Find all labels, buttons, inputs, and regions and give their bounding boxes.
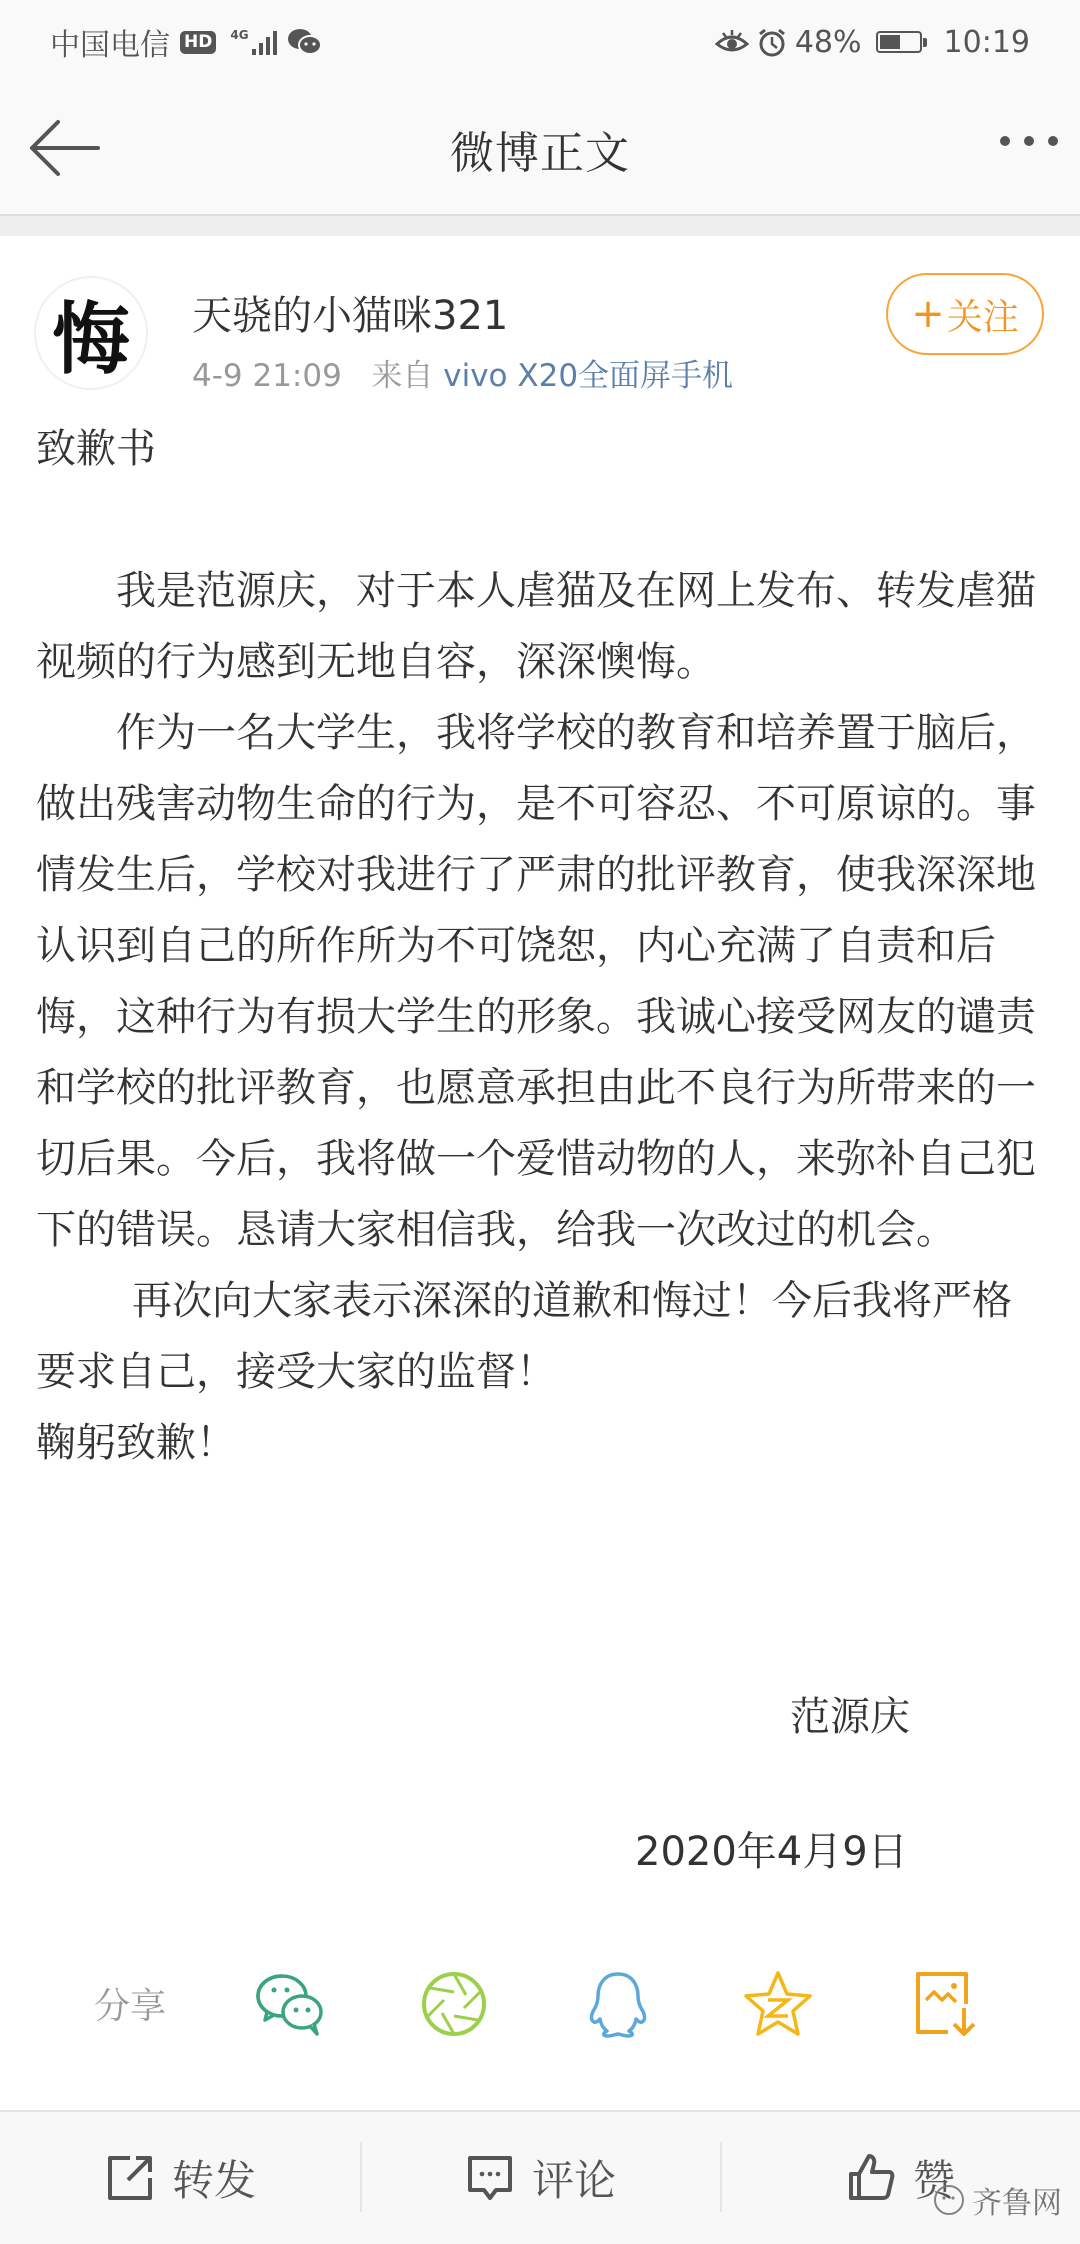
alarm-icon — [757, 27, 787, 57]
wechat-icon — [287, 27, 323, 57]
save-image-icon[interactable] — [908, 1968, 980, 2040]
signature-name: 范源庆 — [790, 1685, 910, 1742]
status-bar: 中国电信 HD 4G — [0, 0, 1080, 84]
comment-icon — [464, 2152, 516, 2204]
clock-time: 10:19 — [944, 25, 1030, 60]
share-row: 分享 — [0, 1950, 1080, 2050]
qzone-star-icon[interactable] — [742, 1968, 814, 2040]
post-author-header: 悔 天骁的小猫咪321 4-9 21:09 来自 vivo X20全面屏手机 +… — [0, 236, 1080, 406]
battery-percent: 48% — [795, 25, 862, 60]
qq-icon[interactable] — [582, 1968, 654, 2040]
moments-icon[interactable] — [418, 1968, 490, 2040]
post-paragraph: 作为一名大学生，我将学校的教育和培养置于脑后，做出残害动物生命的行为，是不可容忍… — [36, 698, 1046, 1266]
post-paragraph: 鞠躬致歉！ — [36, 1408, 1046, 1479]
network-type: 4G — [230, 29, 248, 41]
post-timestamp: 4-9 21:09 — [192, 358, 342, 394]
signal-icon: 4G — [230, 29, 276, 55]
post-body: 致歉书 我是范源庆，对于本人虐猫及在网上发布、转发虐猫视频的行为感到无地自容，深… — [36, 414, 1046, 1479]
carrier-name: 中国电信 — [50, 20, 170, 64]
nav-header: 微博正文 — [0, 84, 1080, 214]
source-device-link[interactable]: vivo X20全面屏手机 — [443, 358, 733, 394]
signature-date: 2020年4月9日 — [635, 1820, 908, 1877]
avatar[interactable]: 悔 — [34, 276, 148, 390]
post-meta: 4-9 21:09 来自 vivo X20全面屏手机 — [192, 350, 733, 395]
watermark-text: 齐鲁网 — [972, 2178, 1062, 2222]
eye-icon — [715, 28, 749, 56]
repost-label: 转发 — [172, 2148, 256, 2208]
follow-button[interactable]: + 关注 — [886, 273, 1044, 355]
post-title: 致歉书 — [36, 414, 1046, 485]
page-title: 微博正文 — [450, 117, 630, 181]
header-divider — [0, 214, 1080, 236]
action-bar: 转发 评论 赞 — [0, 2110, 1080, 2244]
plus-icon: + — [911, 294, 945, 334]
arrow-left-icon[interactable] — [28, 116, 100, 180]
comment-button[interactable]: 评论 — [360, 2112, 720, 2244]
follow-label: 关注 — [947, 289, 1019, 340]
repost-button[interactable]: 转发 — [0, 2112, 360, 2244]
status-right: 48% 10:19 — [715, 25, 1030, 60]
share-label: 分享 — [94, 1978, 166, 2029]
battery-icon — [876, 31, 922, 53]
source-prefix: 来自 — [371, 358, 433, 394]
more-dots-icon[interactable] — [1000, 136, 1058, 146]
comment-label: 评论 — [532, 2148, 616, 2208]
hd-icon: HD — [180, 31, 216, 54]
status-left: 中国电信 HD 4G — [50, 20, 323, 64]
wechat-icon[interactable] — [254, 1968, 326, 2040]
thumbs-up-icon — [845, 2152, 897, 2204]
post-paragraph: 我是范源庆，对于本人虐猫及在网上发布、转发虐猫视频的行为感到无地自容，深深懊悔。 — [36, 556, 1046, 698]
post-paragraph: 再次向大家表示深深的道歉和悔过！今后我将严格要求自己，接受大家的监督！ — [36, 1266, 1046, 1408]
weibo-post-screen: 中国电信 HD 4G — [0, 0, 1080, 2244]
repost-icon — [104, 2152, 156, 2204]
wechat-watermark-icon — [932, 2183, 966, 2217]
username[interactable]: 天骁的小猫咪321 — [192, 284, 508, 341]
watermark: 齐鲁网 — [932, 2178, 1062, 2222]
